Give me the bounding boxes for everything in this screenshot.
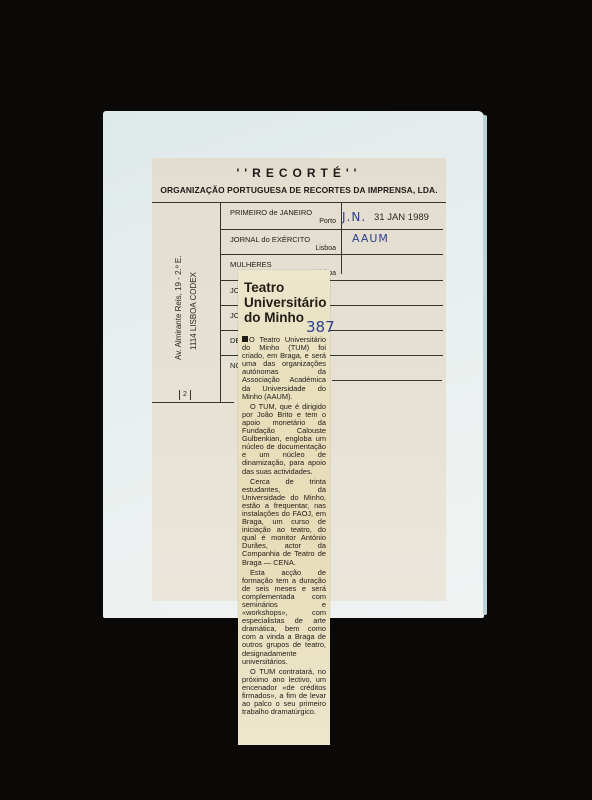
page-marker: 2: [179, 390, 191, 400]
divider: [221, 229, 443, 230]
divider: [332, 380, 442, 381]
publication-city: Lisboa: [315, 245, 336, 252]
article-paragraph: Cerca de trinta estudantes, da Universid…: [242, 478, 326, 567]
article-paragraph: Esta acção de formação tem a duração de …: [242, 569, 326, 666]
handwritten-tag: AAUM: [352, 232, 389, 245]
stamp-date: 31 JAN 1989: [374, 212, 429, 223]
article-paragraph: O Teatro Universitário do Minho (TUM) fo…: [242, 336, 326, 401]
divider: [221, 254, 443, 255]
publication-name: MULHERES: [230, 260, 272, 269]
article-body: O Teatro Universitário do Minho (TUM) fo…: [242, 336, 326, 718]
publication-name: PRIMEIRO de JANEIRO: [230, 208, 312, 217]
article-paragraph: O TUM contratará, no próximo ano lectivo…: [242, 668, 326, 717]
newspaper-clipping: Teatro Universitário do Minho 387 O Teat…: [238, 270, 330, 745]
form-subtitle: ORGANIZAÇÃO PORTUGUESA DE RECORTES DA IM…: [152, 185, 446, 195]
address-city: 1114 LISBOA CODEX: [189, 272, 198, 350]
article-paragraph: O TUM, que é dirigido por João Brito e t…: [242, 403, 326, 476]
divider: [152, 202, 446, 203]
address-block: Av. Almirante Reis, 19 - 2.º E. 1114 LIS…: [152, 210, 216, 395]
handwritten-number: 387: [306, 318, 335, 336]
handwritten-source: J.N.: [342, 210, 366, 224]
bullet-square-icon: [242, 336, 248, 342]
publication-name: JORNAL do EXÉRCITO: [230, 235, 310, 244]
address-street: Av. Almirante Reis, 19 - 2.º E.: [174, 256, 183, 360]
form-title: ''RECORTÉ'': [152, 166, 446, 180]
publication-city: Porto: [319, 218, 336, 225]
publication-row: PRIMEIRO de JANEIRO Porto: [222, 204, 342, 230]
divider: [220, 202, 221, 402]
divider: [152, 402, 234, 403]
